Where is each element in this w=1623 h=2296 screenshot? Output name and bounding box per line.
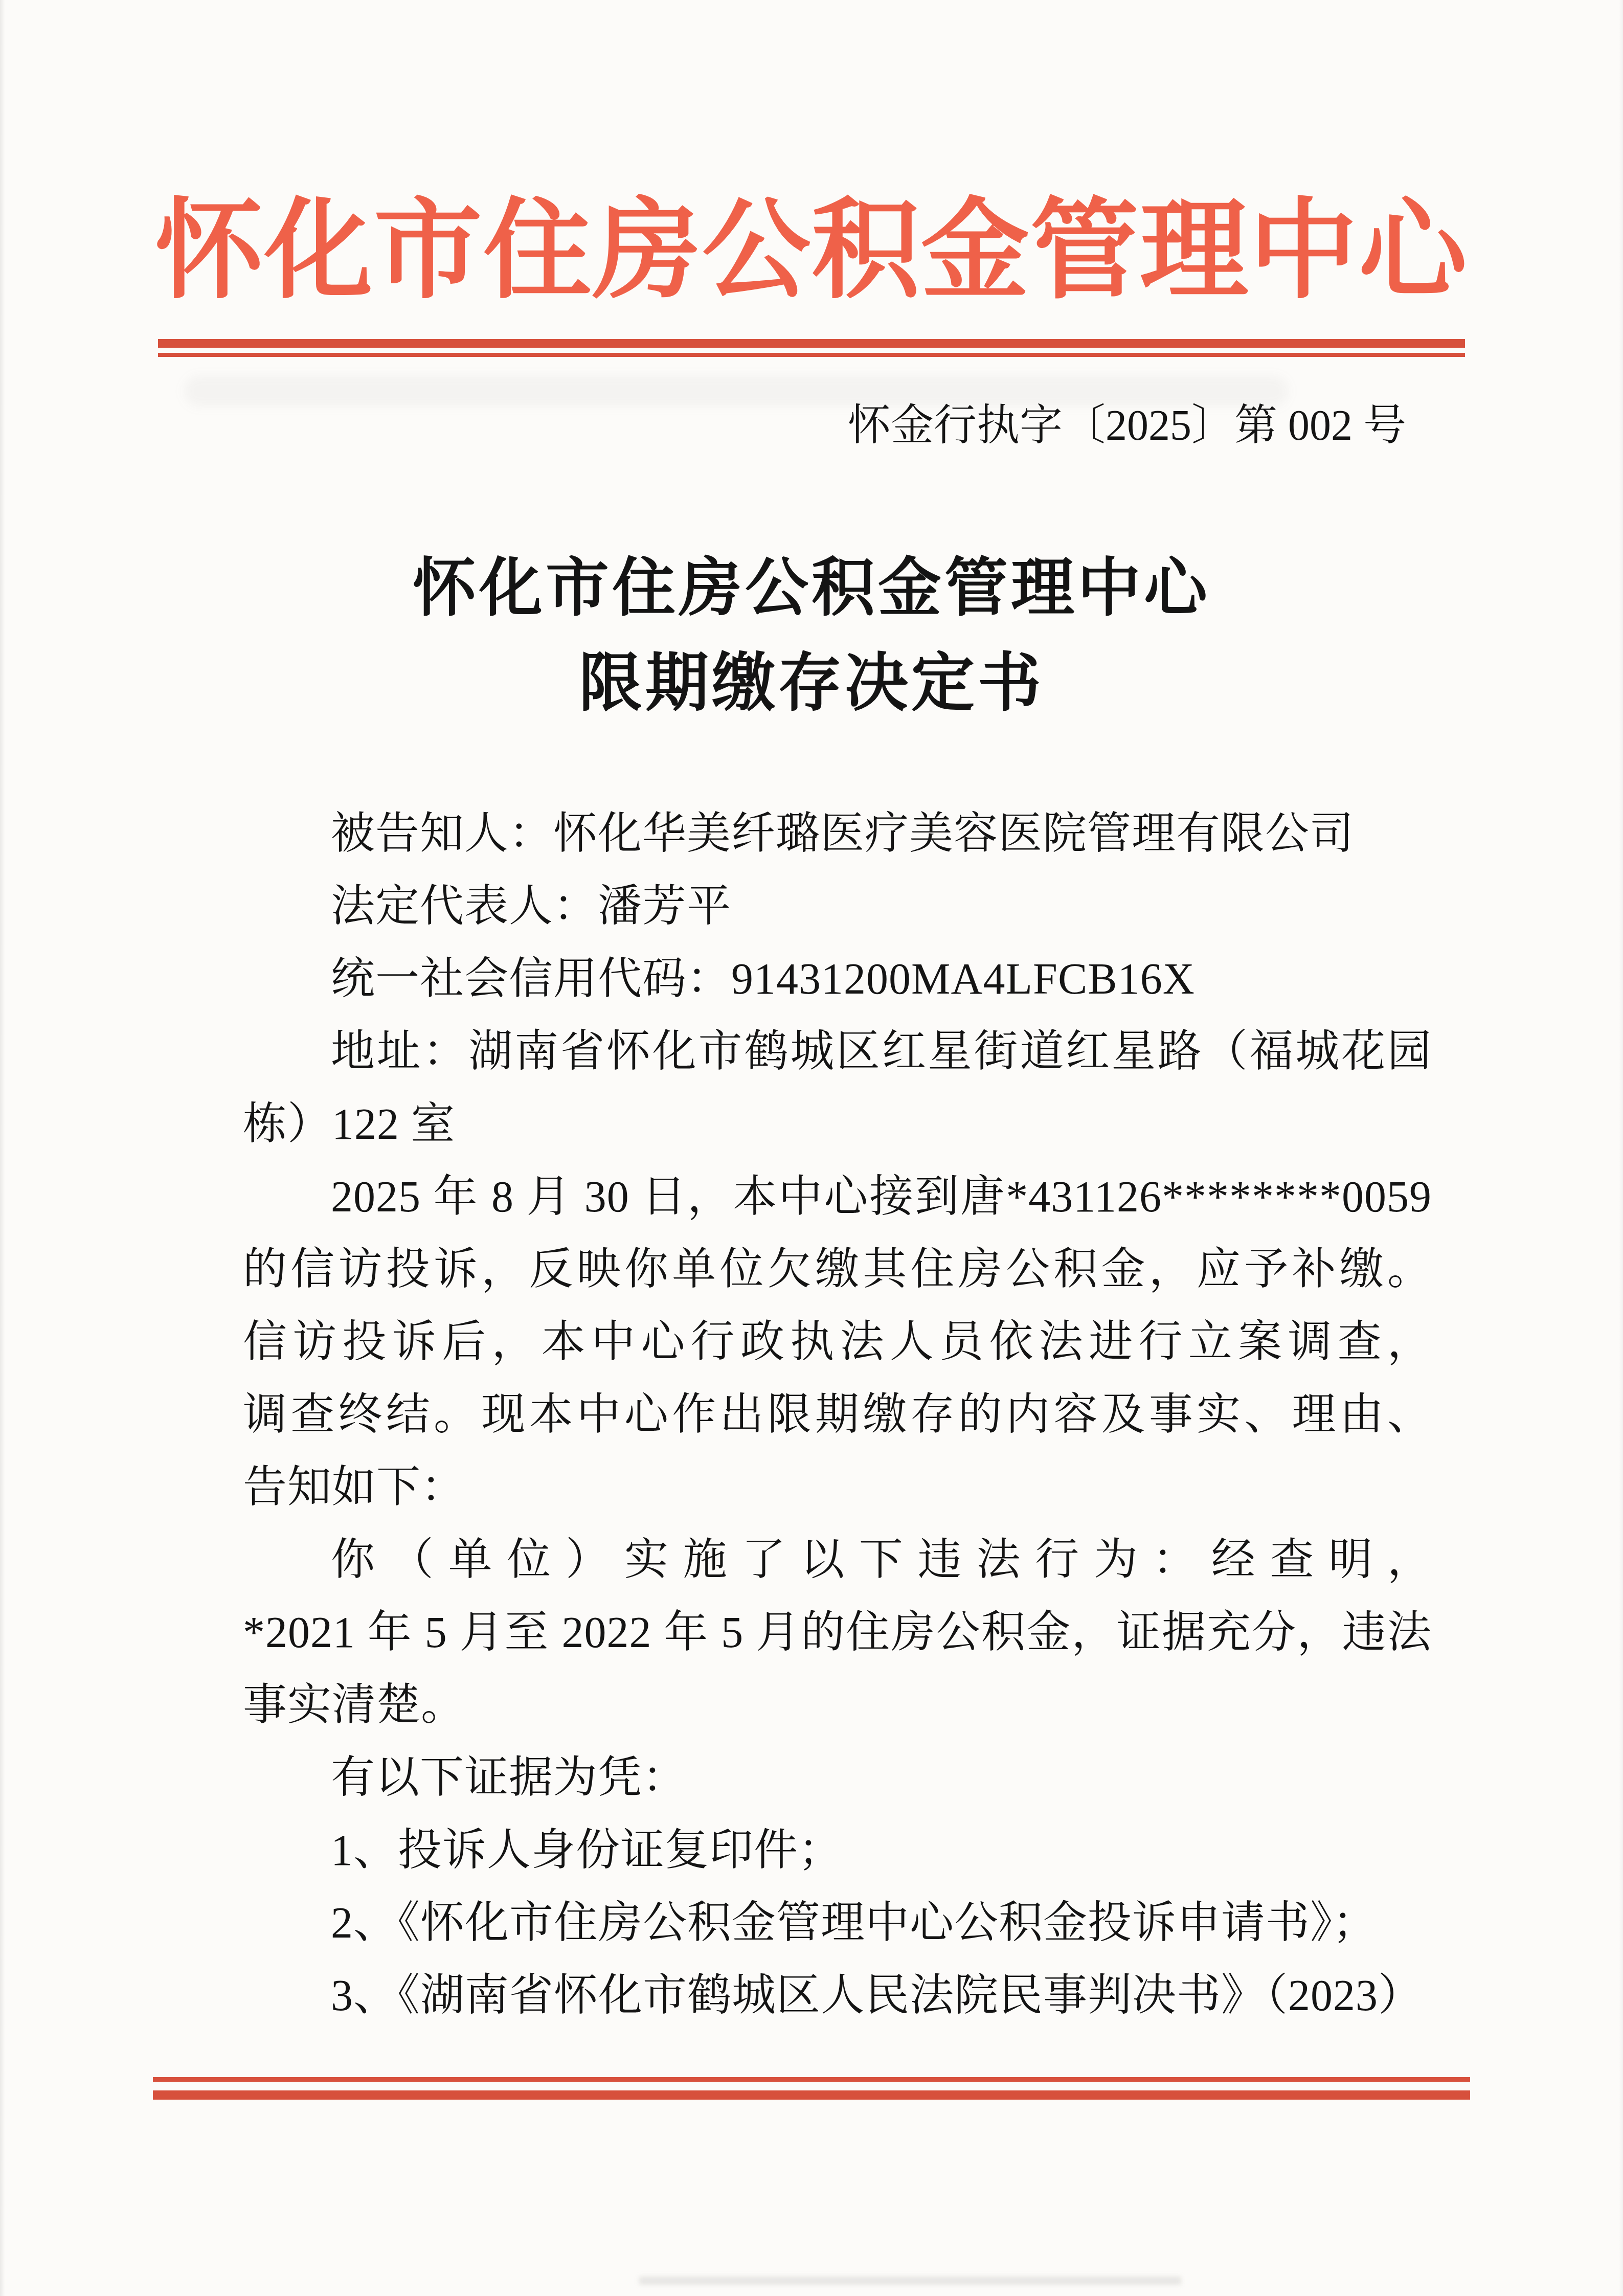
body-line: 法定代表人：潘芳平 <box>243 870 1432 942</box>
red-rule-bottom-thick <box>153 2090 1470 2100</box>
body-line: 2、《怀化市住房公积金管理中心公积金投诉申请书》； <box>243 1886 1432 1959</box>
document-title-line1: 怀化市住房公积金管理中心 <box>0 541 1623 636</box>
body-line: 事实清楚。 <box>243 1669 1432 1741</box>
body-line: 2025 年 8 月 30 日，本中心接到唐*431126********005… <box>243 1160 1432 1233</box>
body-line: 栋）122 室 <box>243 1088 1432 1160</box>
body-line: 信访投诉后，本中心行政执法人员依法进行立案调查，本案已 <box>243 1305 1432 1378</box>
document-title-line2: 限期缴存决定书 <box>0 636 1623 731</box>
body-line: 被告知人：怀化华美纤璐医疗美容医院管理有限公司 <box>243 797 1432 870</box>
document-number: 怀金行执字〔2025〕第 002 号 <box>0 398 1623 454</box>
red-rule-bottom-thin <box>153 2077 1470 2082</box>
scan-edge-shadow-left <box>0 0 5 2296</box>
body-line: *2021 年 5 月至 2022 年 5 月的住房公积金，证据充分，违法 <box>243 1596 1432 1669</box>
body-line: 3、《湖南省怀化市鹤城区人民法院民事判决书》（2023） <box>243 1959 1432 2032</box>
body-text: 被告知人：怀化华美纤璐医疗美容医院管理有限公司法定代表人：潘芳平统一社会信用代码… <box>243 797 1432 2032</box>
body-line: 调查终结。现本中心作出限期缴存的内容及事实、理由、依据 <box>243 1378 1432 1451</box>
scan-edge-shadow-right <box>1619 0 1623 2296</box>
scanned-document-page: 怀化市住房公积金管理中心 怀金行执字〔2025〕第 002 号 怀化市住房公积金… <box>0 0 1623 2296</box>
document-title: 怀化市住房公积金管理中心 限期缴存决定书 <box>0 541 1623 731</box>
red-rule-top-thin <box>158 353 1465 357</box>
body-line: 统一社会信用代码：91431200MA4LFCB16X <box>243 942 1432 1015</box>
body-line: 你（单位）实施了以下违法行为：经查明，你单位欠缴唐 <box>243 1523 1432 1596</box>
red-rule-top-thick <box>158 339 1465 348</box>
body-line: 的信访投诉，反映你单位欠缴其住房公积金，应予补缴。受理 <box>243 1233 1432 1305</box>
body-line: 告知如下： <box>243 1451 1432 1523</box>
body-line: 1、投诉人身份证复印件； <box>243 1814 1432 1886</box>
body-line: 地址：湖南省怀化市鹤城区红星街道红星路（福城花园 4 <box>243 1015 1432 1088</box>
scan-smudge-bottom <box>639 2277 1181 2285</box>
letterhead-title: 怀化市住房公积金管理中心 <box>0 180 1623 323</box>
body-line: 有以下证据为凭： <box>243 1741 1432 1814</box>
